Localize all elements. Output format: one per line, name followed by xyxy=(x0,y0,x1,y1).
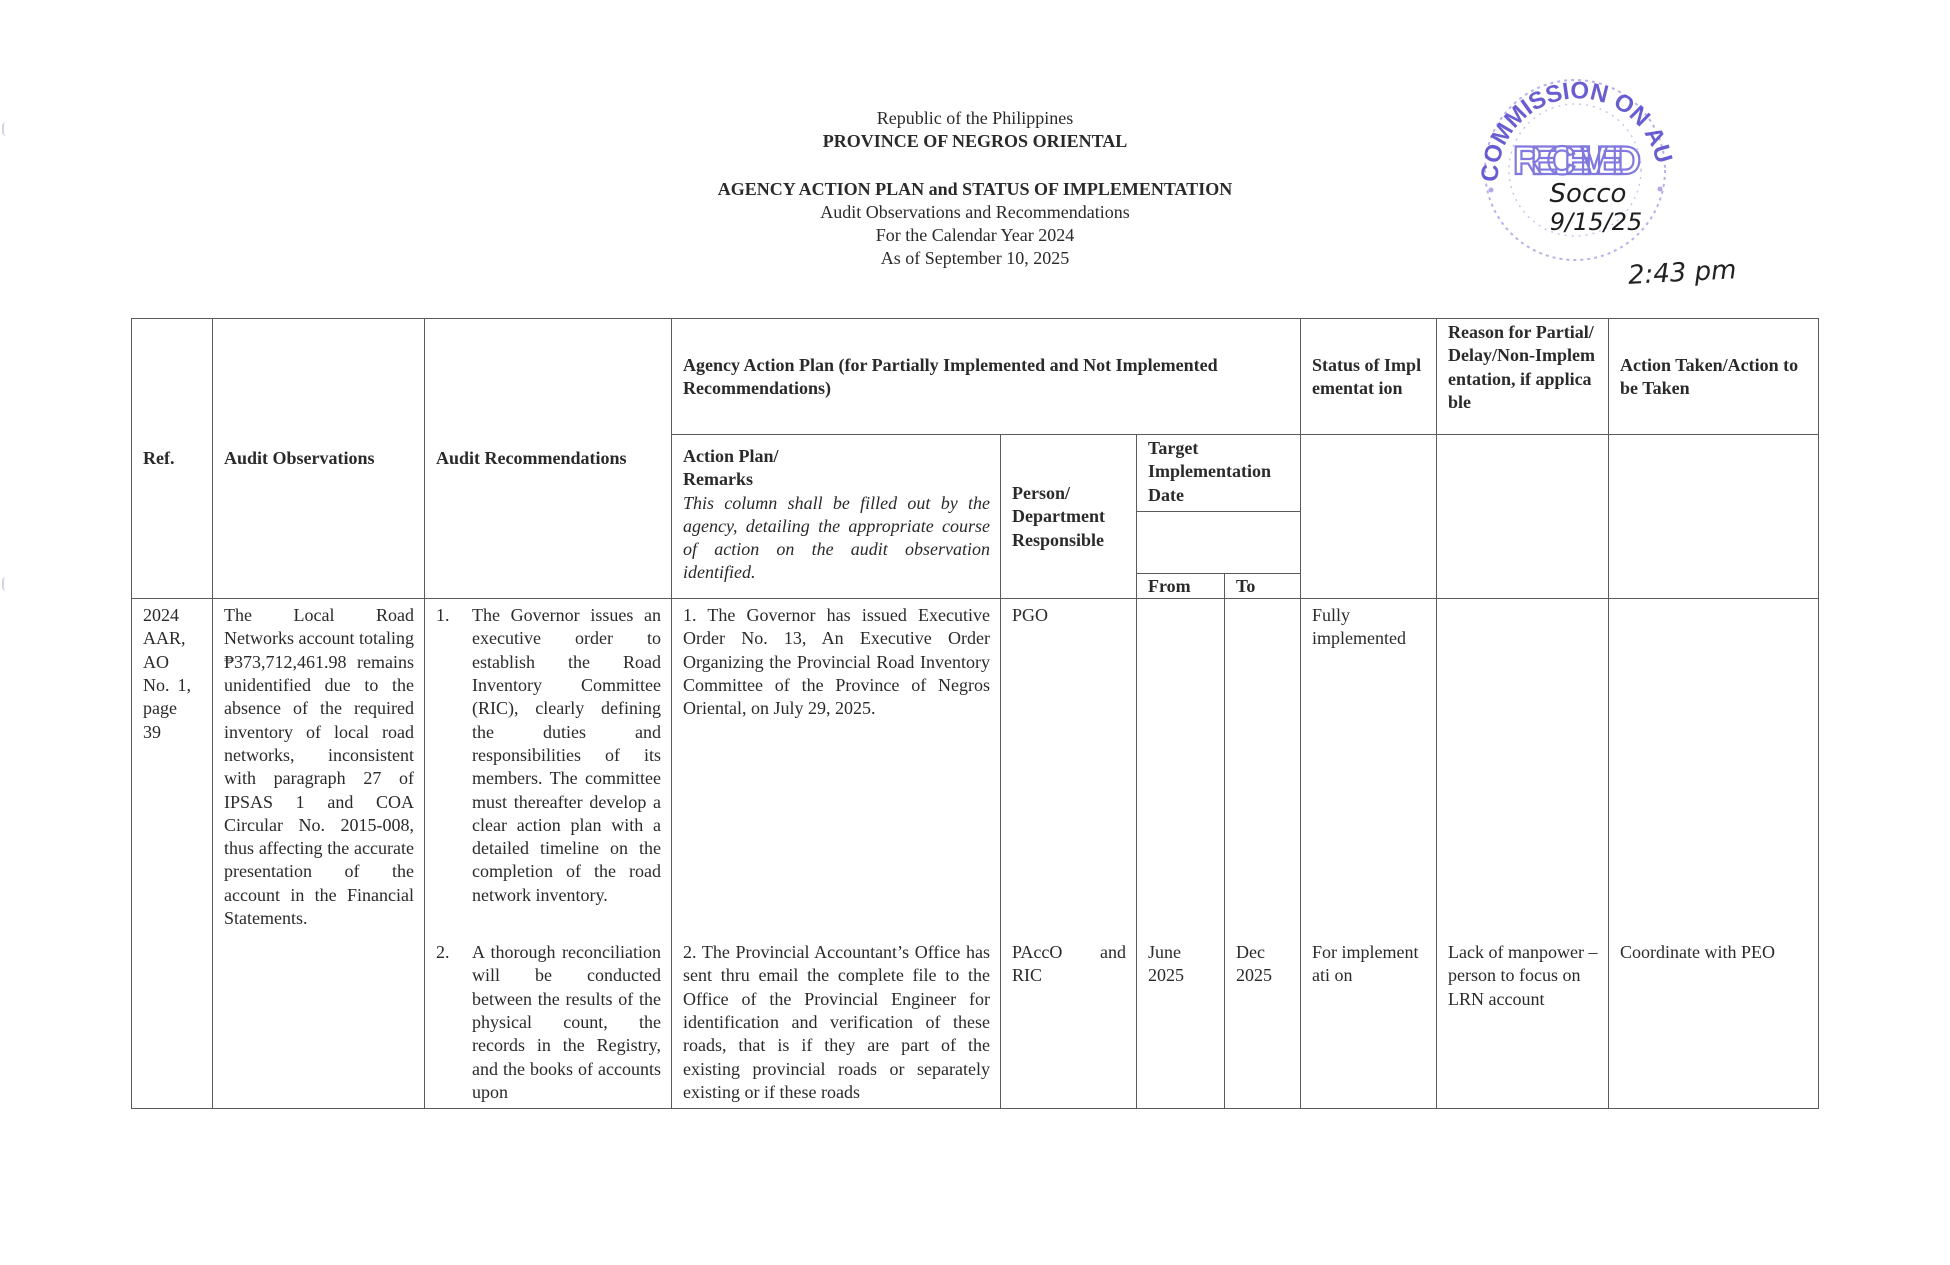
header-action-blank xyxy=(1609,435,1819,599)
cell-status-1: Fully implemented xyxy=(1301,599,1437,937)
header-to: To xyxy=(1225,573,1301,598)
header-target-implementation-date: Target Implementation Date xyxy=(1137,435,1301,512)
cell-action-taken-2: Coordinate with PEO xyxy=(1609,936,1819,1109)
cell-to-2: Dec 2025 xyxy=(1225,936,1301,1109)
cell-from-2: June 2025 xyxy=(1137,936,1225,1109)
stamp-signature: Socco xyxy=(1550,179,1627,209)
header-person-responsible: Person/ Department Responsible xyxy=(1001,435,1137,599)
recommendation-number: 1. xyxy=(436,604,472,907)
cell-recommendation-2: 2. A thorough reconciliation will be con… xyxy=(425,936,672,1109)
recommendation-number: 2. xyxy=(436,941,472,1104)
header-reason-blank xyxy=(1437,435,1609,599)
cell-to-1 xyxy=(1225,599,1301,937)
cell-from-1 xyxy=(1137,599,1225,937)
cell-reason-2: Lack of manpower – person to focus on LR… xyxy=(1437,936,1609,1109)
cell-ref: 2024 AAR, AO No. 1, page 39 xyxy=(132,599,213,1109)
table-row: 2024 AAR, AO No. 1, page 39 The Local Ro… xyxy=(132,599,1819,937)
header-action-plan-remarks: Action Plan/ Remarks This column shall b… xyxy=(672,435,1001,599)
received-stamp: COMMISSION ON AUDIT RECEIVED Socco 9/15/… xyxy=(1470,62,1680,272)
cell-action-plan-2: 2. The Provincial Accountant’s Office ha… xyxy=(672,936,1001,1109)
cell-recommendation-1: 1. The Governor issues an executive orde… xyxy=(425,599,672,937)
scan-edge-mark xyxy=(2,577,10,591)
action-plan-instruction: This column shall be filled out by the a… xyxy=(683,492,990,585)
cell-person-2: PAccO and RIC xyxy=(1001,936,1137,1109)
header-status-blank xyxy=(1301,435,1437,599)
ref-text: 2024 AAR, AO No. 1, page 39 xyxy=(143,604,191,744)
header-agency-action-plan: Agency Action Plan (for Partially Implem… xyxy=(672,319,1301,435)
header-target-date-blank xyxy=(1137,511,1301,573)
to-date: Dec 2025 xyxy=(1236,941,1276,988)
recommendation-text: A thorough reconciliation will be conduc… xyxy=(472,941,661,1104)
cell-reason-1 xyxy=(1437,599,1609,937)
header-from: From xyxy=(1137,573,1225,598)
recommendation-text: The Governor issues an executive order t… xyxy=(472,604,661,907)
cell-action-taken-1 xyxy=(1609,599,1819,937)
header-status-of-implementation: Status of Implementat ion xyxy=(1301,319,1437,435)
stamp-seal-icon: COMMISSION ON AUDIT RECEIVED Socco 9/15/… xyxy=(1470,62,1680,272)
cell-action-plan-1: 1. The Governor has issued Executive Ord… xyxy=(672,599,1001,937)
header-reason-for-delay: Reason for Partial/Delay/Non-Implementat… xyxy=(1437,319,1609,435)
cell-person-1: PGO xyxy=(1001,599,1137,937)
header-ref: Ref. xyxy=(132,319,213,599)
action-plan-table: Ref. Audit Observations Audit Recommenda… xyxy=(131,318,1819,1109)
cell-status-2: For implementati on xyxy=(1301,936,1437,1109)
from-date: June 2025 xyxy=(1148,941,1192,988)
header-action-taken: Action Taken/Action to be Taken xyxy=(1609,319,1819,435)
cell-observation: The Local Road Networks account totaling… xyxy=(213,599,425,1109)
stamp-date: 9/15/25 xyxy=(1550,208,1643,236)
remarks-label: Remarks xyxy=(683,468,990,491)
person-text: PAccO and RIC xyxy=(1012,941,1126,988)
received-time-note: 2:43 pm xyxy=(1627,255,1737,291)
header-audit-recommendations: Audit Recommendations xyxy=(425,319,672,599)
stamp-label: RECEIVED xyxy=(1513,139,1641,183)
header-audit-observations: Audit Observations xyxy=(213,319,425,599)
action-plan-label: Action Plan/ xyxy=(683,445,990,468)
